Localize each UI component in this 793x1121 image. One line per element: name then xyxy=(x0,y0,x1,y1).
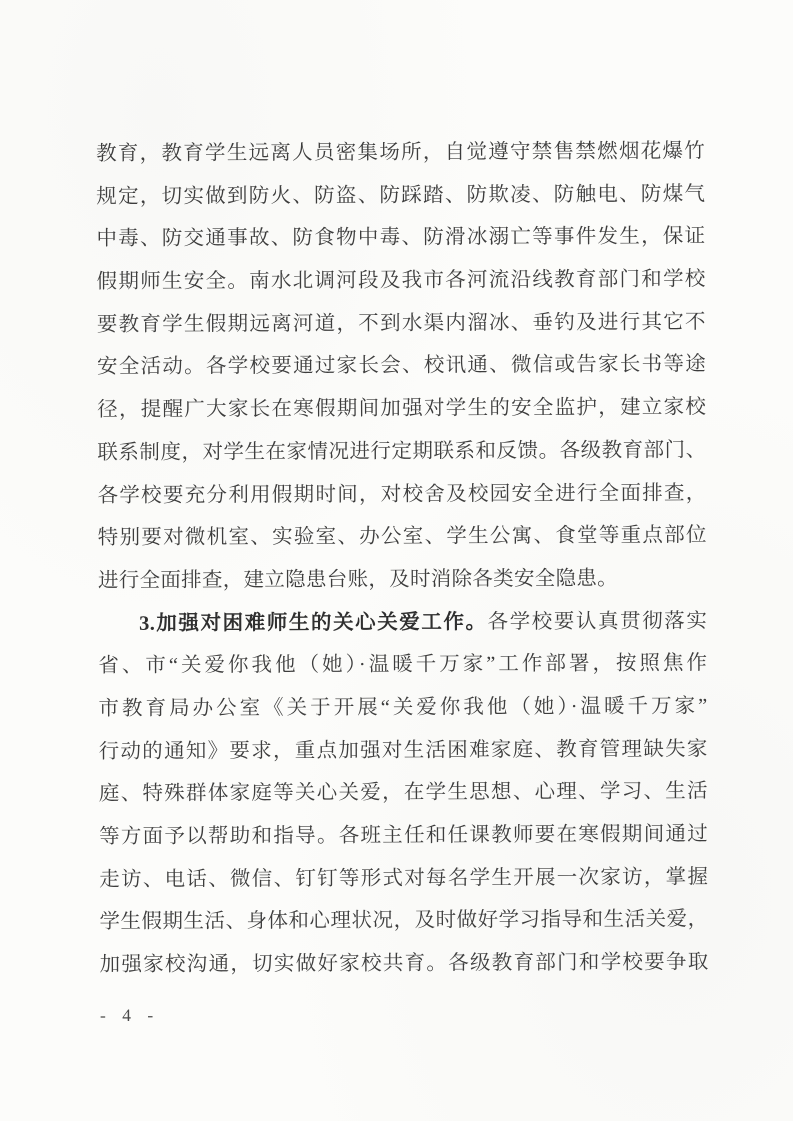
text-line: 学生假期生活、身体和心理状况，及时做好学习指导和生活关爱， xyxy=(99,899,708,944)
page-number: - 4 - xyxy=(100,1000,159,1030)
document-body: 教育，教育学生远离人员密集场所，自觉遵守禁售禁燃烟花爆竹 规定，切实做到防火、防… xyxy=(96,130,709,986)
text-line: 各学校要充分利用假期时间，对校舍及校园安全进行全面排查， xyxy=(97,472,706,517)
text-line: 教育，教育学生远离人员密集场所，自觉遵守禁售禁燃烟花爆竹 xyxy=(96,130,705,175)
text-line: 加强家校沟通，切实做好家校共育。各级教育部门和学校要争取 xyxy=(100,941,709,986)
text-line: 径，提醒广大家长在寒假期间加强对学生的安全监护，建立家校 xyxy=(97,386,706,431)
text-line: 要教育学生假期远离河道，不到水渠内溜冰、垂钓及进行其它不 xyxy=(97,301,706,346)
text-segment: 各学校要认真贯彻落实 xyxy=(488,610,708,633)
text-line: 联系制度，对学生在家情况进行定期联系和反馈。各级教育部门、 xyxy=(97,429,706,474)
text-line: 行动的通知》要求，重点加强对生活困难家庭、教育管理缺失家 xyxy=(99,728,708,773)
section-heading-line: 3.加强对困难师生的关心关爱工作。各学校要认真贯彻落实 xyxy=(98,600,707,645)
text-line: 省、市“关爱你我他（她）·温暖千万家”工作部署，按照焦作 xyxy=(98,643,707,688)
text-line: 市教育局办公室《关于开展“关爱你我他（她）·温暖千万家” xyxy=(98,685,707,730)
section-heading: 3.加强对困难师生的关心关爱工作。 xyxy=(139,611,488,635)
text-line: 等方面予以帮助和指导。各班主任和任课教师要在寒假期间通过 xyxy=(99,813,708,858)
text-line: 中毒、防交通事故、防食物中毒、防滑冰溺亡等事件发生，保证 xyxy=(96,216,705,261)
text-line: 规定，切实做到防火、防盗、防踩踏、防欺凌、防触电、防煤气 xyxy=(96,173,705,218)
text-line: 假期师生安全。南水北调河段及我市各河流沿线教育部门和学校 xyxy=(97,258,706,303)
text-line: 走访、电话、微信、钉钉等形式对每名学生开展一次家访，掌握 xyxy=(99,856,708,901)
text-line: 进行全面排查，建立隐患台账，及时消除各类安全隐患。 xyxy=(98,557,707,602)
text-line: 庭、特殊群体家庭等关心关爱，在学生思想、心理、学习、生活 xyxy=(99,771,708,816)
text-line: 特别要对微机室、实验室、办公室、学生公寓、食堂等重点部位 xyxy=(98,515,707,560)
text-line: 安全活动。各学校要通过家长会、校讯通、微信或告家长书等途 xyxy=(97,344,706,389)
